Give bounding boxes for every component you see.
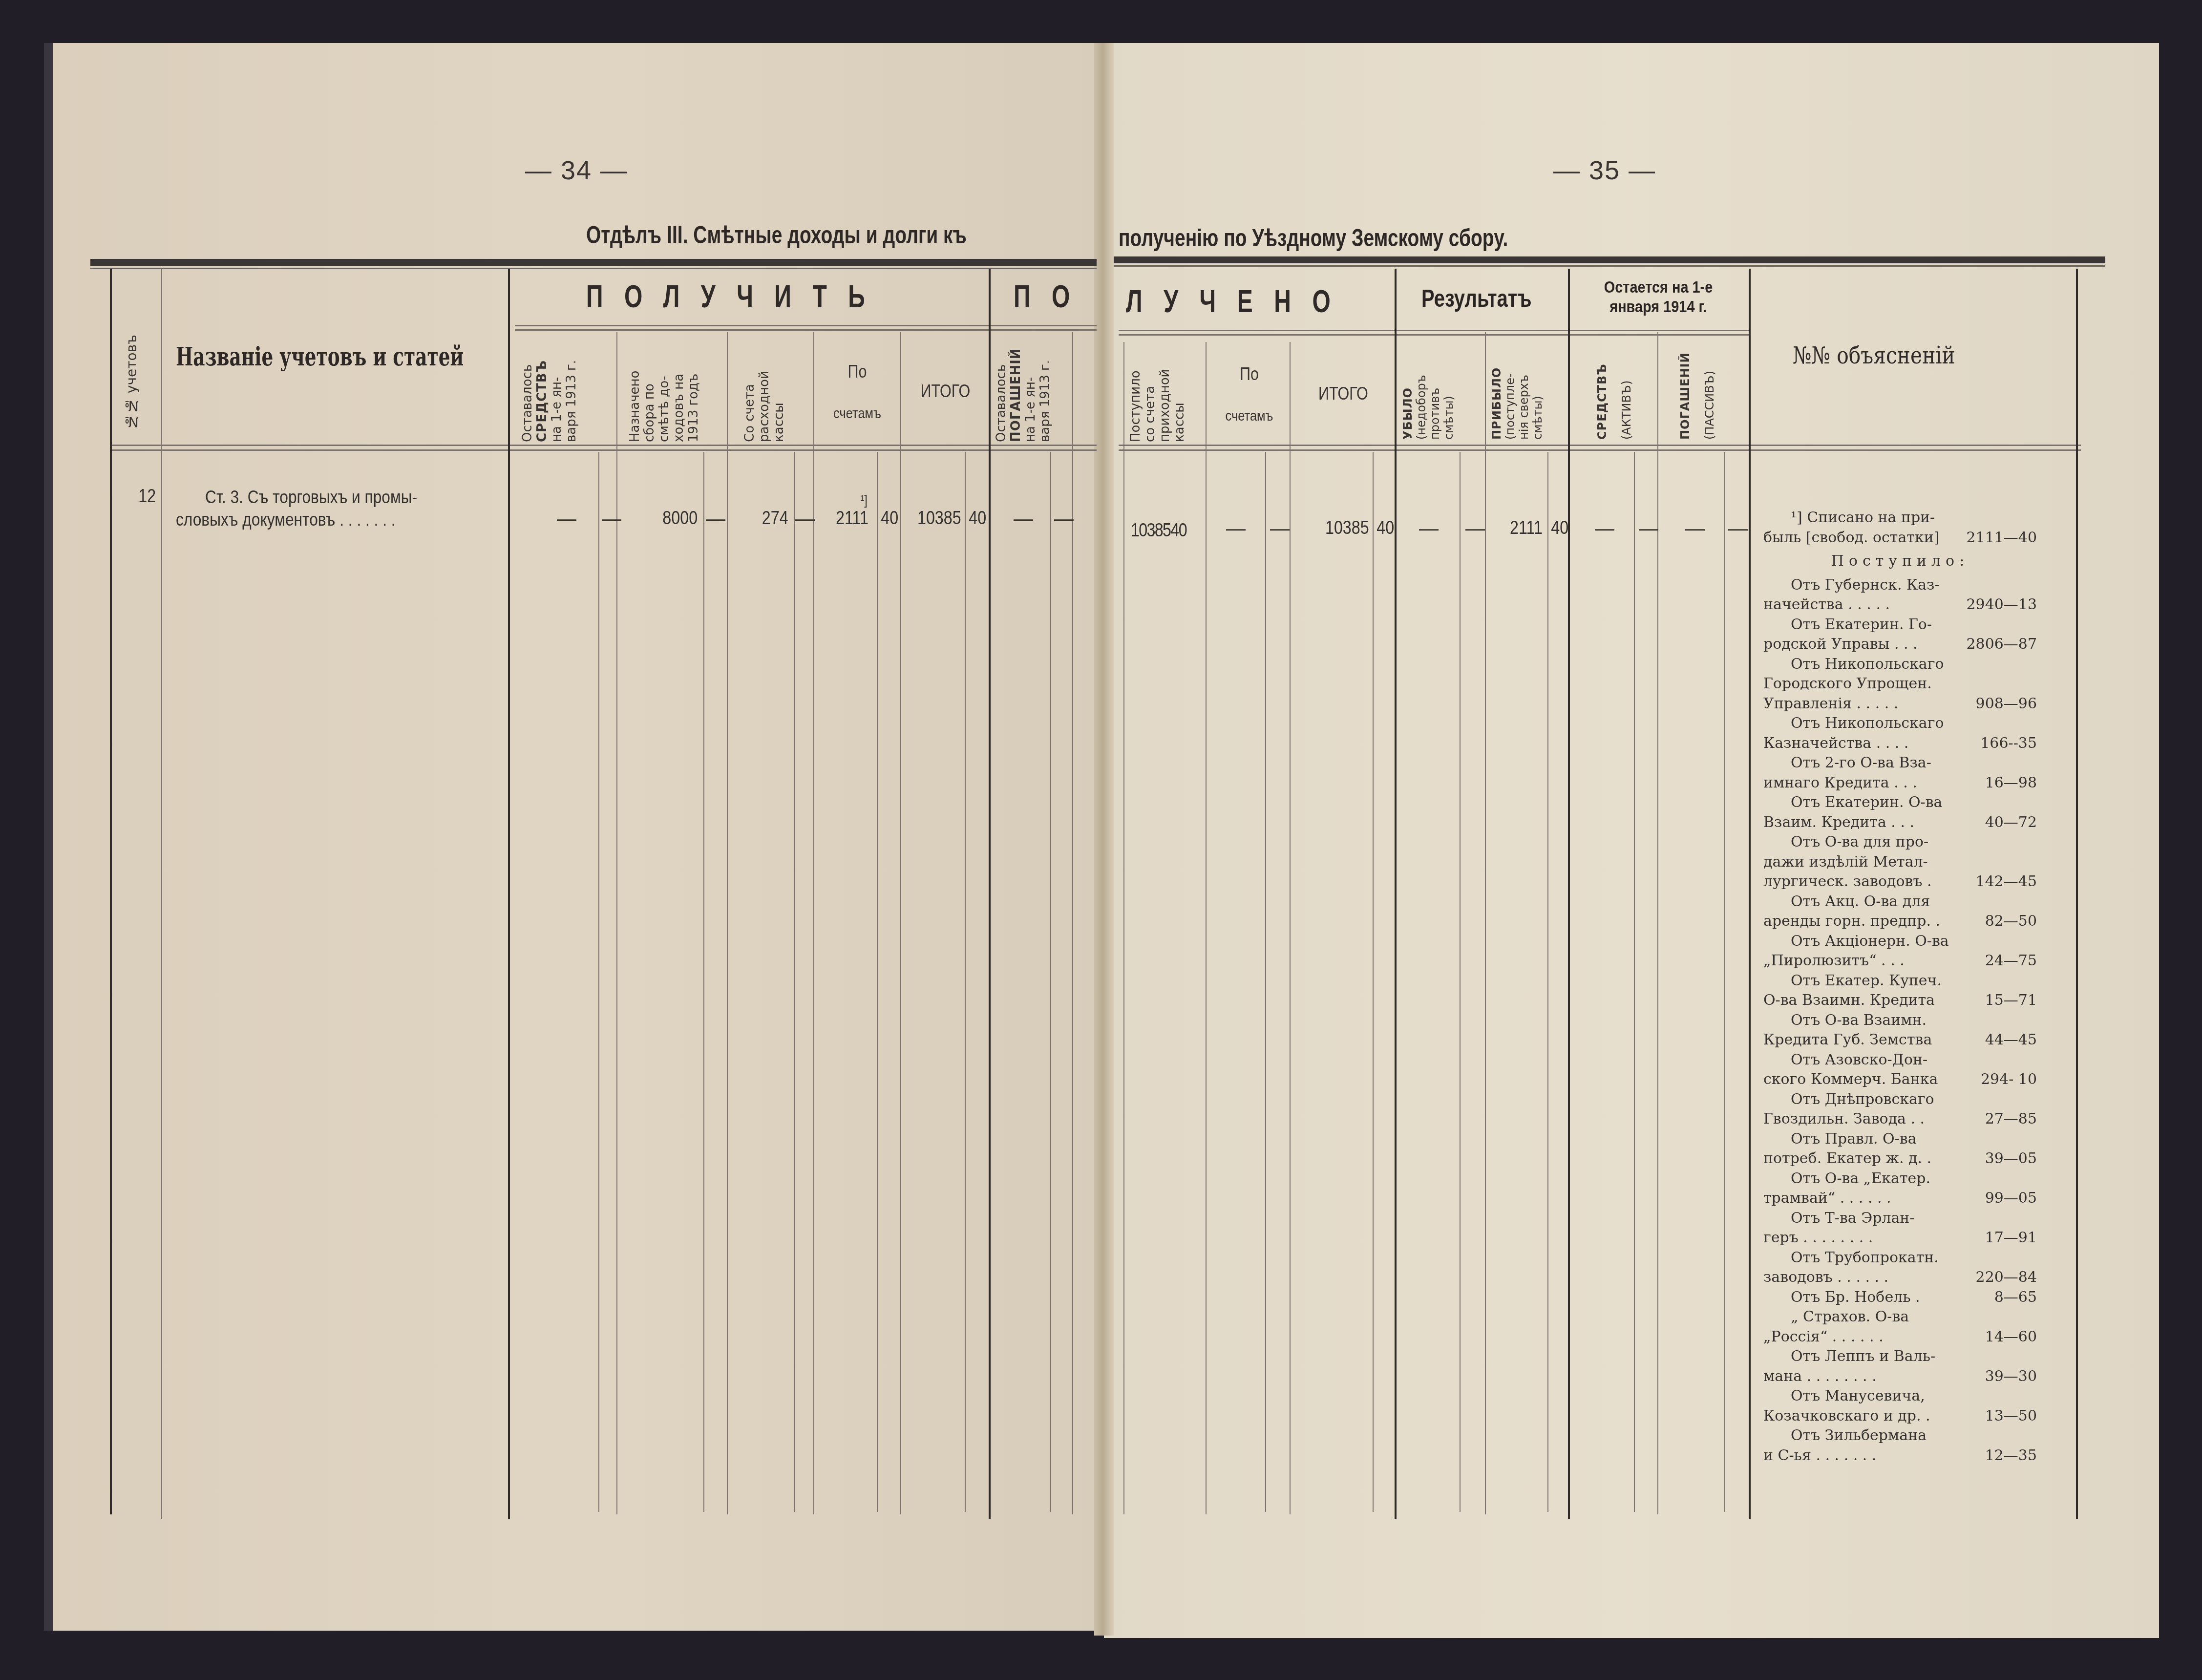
footnote-line2: быль [свобод. остатки]2111—40 xyxy=(1763,528,2037,548)
list-item: Отъ Акціонерн. О-ва„Пиролюзитъ“ . . .24—… xyxy=(1763,932,2037,971)
vline-r-kop1 xyxy=(1265,452,1266,1512)
vline-kop-5 xyxy=(965,452,966,1512)
group-rule-left-2 xyxy=(515,329,1097,331)
page-number-left: — 34 — xyxy=(525,155,628,186)
vline-r1 xyxy=(1206,342,1207,1514)
vline-kop-6 xyxy=(1050,452,1051,1512)
header-pribylo: ПРИБЫЛО(поступле-нія сверхъсмѣты) xyxy=(1490,342,1545,440)
header-so-scheta-rashodnoy: Со счетарасходнойкассы xyxy=(742,352,786,442)
group-rule-left xyxy=(515,325,1097,326)
header-ostavalos-pogasheniy: ОставалосьПОГАШЕНІЙна 1-е ян-варя 1913 г… xyxy=(994,337,1053,442)
list-item: „ Страхов. О-ва„Россія“ . . . . . .14—60 xyxy=(1763,1307,2037,1347)
list-item: Отъ О-ва „Екатер.трамвай“ . . . . . .99—… xyxy=(1763,1169,2037,1209)
cell-po-schetam-kop: 40 xyxy=(881,508,898,529)
row-name-line1: Ст. 3. Съ торговыхъ и промы- xyxy=(205,486,417,509)
left-page xyxy=(44,43,1113,1631)
list-item: Отъ Манусевича,Козачковскаго и др. .13—5… xyxy=(1763,1386,2037,1426)
section-title-left: Отдѣлъ III. Смѣтные доходы и долги къ xyxy=(586,221,967,249)
vline-r-kop3 xyxy=(1460,452,1461,1512)
header-itogo: ИТОГО xyxy=(909,381,982,402)
cell-ostavalos-sredstv-kop: — xyxy=(602,508,621,530)
vline-num-col xyxy=(161,269,162,1519)
row-name-line2: словыхъ документовъ . . . . . . . xyxy=(176,509,396,531)
list-item: Отъ Бр. Нобель .8—65 xyxy=(1763,1288,2037,1308)
cell-ubylo-kop: — xyxy=(1465,518,1485,540)
list-item: Отъ 2-го О-ва Вза-имнаго Кредита . . .16… xyxy=(1763,753,2037,793)
header-rule-left-2 xyxy=(110,449,1097,451)
vline-r6 xyxy=(1657,332,1658,1514)
top-rule-left-thin xyxy=(90,268,1097,269)
cell-ostavalos-sredstv-rub: — xyxy=(557,508,576,530)
vline-kop-3 xyxy=(794,452,795,1512)
explanations-list: ¹] Списано на при- быль [свобод. остатки… xyxy=(1763,508,2037,1466)
header-pol-itogo: ИТОГО xyxy=(1300,383,1387,404)
group-header-poluchit: ПОЛУЧИТЬ xyxy=(586,278,886,315)
vline-table-right-edge xyxy=(2076,269,2078,1519)
footnote-line1: ¹] Списано на при- xyxy=(1763,508,2037,528)
cell-pogash-rub: — xyxy=(1685,518,1705,540)
cell-sredstv-kop: — xyxy=(1639,518,1658,540)
list-item: Отъ НикопольскагоГородского Упрощен.Упра… xyxy=(1763,655,2037,714)
group-header-lucheno: ЛУЧЕНО xyxy=(1126,283,1352,319)
header-po-schetam-top: По xyxy=(822,362,893,382)
cell-sredstv-rub: — xyxy=(1595,518,1614,540)
cell-pol-po-schetam-kop: — xyxy=(1270,518,1290,540)
book-gutter xyxy=(1094,43,1114,1636)
cell-pol-itogo-rub: 10385 xyxy=(1325,518,1369,539)
cell-pogash-kop: — xyxy=(1728,518,1748,540)
header-rule-left xyxy=(110,445,1097,446)
vline-kop-4 xyxy=(877,452,878,1512)
header-pogasheniy-passiv: ПОГАШЕНІЙ(ПАССИВЪ) xyxy=(1673,342,1722,440)
vline-c2 xyxy=(727,332,728,1514)
header-num-col: №№ учетовъ xyxy=(125,293,139,430)
vline-c5 xyxy=(989,269,991,1519)
cell-so-scheta-kop: — xyxy=(795,508,815,530)
vline-r2 xyxy=(1290,342,1291,1514)
vline-c4 xyxy=(900,332,901,1514)
cell-naznacheno-kop: — xyxy=(706,508,725,530)
header-pol-po-schetam-bottom: счетамъ xyxy=(1215,408,1283,425)
vline-table-left-edge xyxy=(110,269,112,1514)
cell-ostavalos-pogash-rub: — xyxy=(1014,508,1033,530)
cell-pol-itogo-kop: 40 xyxy=(1376,518,1394,539)
header-name-col: Названіе учетовъ и статей xyxy=(176,342,464,372)
header-rule-right-2 xyxy=(1119,449,2081,451)
top-rule-right xyxy=(1114,256,2105,263)
header-pol-po-schetam-top: По xyxy=(1215,364,1283,384)
cell-ubylo-rub: — xyxy=(1419,518,1439,540)
list-item: Отъ НикопольскагоКазначейства . . . .166… xyxy=(1763,714,2037,753)
cell-pribylo-rub: 2111 xyxy=(1510,518,1543,539)
cell-itogo-kop: 40 xyxy=(969,508,986,529)
cell-po-schetam-rub: 2111 xyxy=(836,508,868,529)
group-rule-right-2 xyxy=(1119,334,1749,336)
list-item: Отъ Екатер. Купеч.О-ва Взаимн. Кредита15… xyxy=(1763,971,2037,1011)
vline-kop-2 xyxy=(703,452,704,1512)
footnote-marker: ¹] xyxy=(860,492,868,508)
group-header-result: Результатъ xyxy=(1421,284,1532,313)
vline-r-kop5 xyxy=(1634,452,1635,1512)
vline-r3 xyxy=(1395,269,1397,1519)
group-rule-right xyxy=(1119,330,1749,331)
list-item: Отъ Трубопрокатн.заводовъ . . . . . .220… xyxy=(1763,1248,2037,1288)
vline-r5 xyxy=(1568,269,1570,1519)
header-rule-right xyxy=(1119,445,2081,446)
header-ostavalos-sredstv: ОставалосьСРЕДСТВЪна 1-е ян-варя 1913 г. xyxy=(520,337,579,442)
vline-r7 xyxy=(1749,269,1751,1519)
top-rule-left xyxy=(90,259,1097,266)
list-item: Отъ Губернск. Каз-начейства . . . . .294… xyxy=(1763,575,2037,615)
cell-naznacheno-rub: 8000 xyxy=(662,508,698,529)
section-title-right: полученію по Уѣздному Земскому сбору. xyxy=(1119,224,1508,252)
cell-ostavalos-pogash-kop: — xyxy=(1054,508,1074,530)
list-item: Отъ ДнѣпровскагоГвоздильн. Завода . .27—… xyxy=(1763,1090,2037,1129)
vline-r4 xyxy=(1485,332,1486,1514)
vline-r-kop4 xyxy=(1547,452,1548,1512)
explanations-heading: Поступило: xyxy=(1763,552,2037,572)
list-item: Отъ О-ва для про-дажи издѣлій Метал-лург… xyxy=(1763,832,2037,892)
header-naznacheno: Назначеносбора посмѣтѣ до-ходовъ на1913 … xyxy=(628,337,701,442)
cell-pribylo-kop: 40 xyxy=(1551,518,1568,539)
list-item: Отъ Екатерин. Го-родской Управы . . .280… xyxy=(1763,615,2037,655)
vline-kop-1 xyxy=(598,452,599,1512)
cell-postupilo: 1038540 xyxy=(1131,520,1186,541)
list-item: Отъ Акц. О-ва дляаренды горн. предпр. .8… xyxy=(1763,892,2037,932)
list-item: Отъ Леппъ и Валь-мана . . . . . . . .39—… xyxy=(1763,1347,2037,1386)
header-sredstv-aktiv: СРЕДСТВЪ(АКТИВЪ) xyxy=(1590,347,1639,440)
list-item: Отъ Зильберманаи С-ья . . . . . . .12—35 xyxy=(1763,1426,2037,1466)
vline-name-col xyxy=(508,269,510,1519)
vline-r0 xyxy=(1123,342,1124,1514)
page-number-right: — 35 — xyxy=(1553,155,1656,186)
cell-so-scheta-rub: 274 xyxy=(762,508,788,529)
header-po-schetam-bottom: счетамъ xyxy=(822,405,893,422)
group-header-po: ПО xyxy=(1014,278,1091,315)
cell-pol-po-schetam-rub: — xyxy=(1226,518,1246,540)
header-postupilo: Поступилосо счетаприходнойкассы xyxy=(1128,347,1187,442)
list-item: Отъ Т-ва Эрлан-геръ . . . . . . . .17—91 xyxy=(1763,1209,2037,1248)
cell-itogo-rub: 10385 xyxy=(917,508,961,529)
row-num: 12 xyxy=(138,486,156,507)
header-ubylo: УБЫЛО(недоборъпротивъсмѣты) xyxy=(1401,342,1456,440)
list-item: Отъ О-ва Взаимн.Кредита Губ. Земства44—4… xyxy=(1763,1011,2037,1050)
header-explanations: №№ объясненій xyxy=(1793,342,1955,369)
list-item: Отъ Азовско-Дон-ского Коммерч. Банка294-… xyxy=(1763,1050,2037,1090)
top-rule-right-thin xyxy=(1114,265,2105,267)
list-item: Отъ Екатерин. О-ваВзаим. Кредита . . .40… xyxy=(1763,793,2037,832)
vline-r-kop6 xyxy=(1724,452,1725,1512)
list-item: Отъ Правл. О-вапотреб. Екатер ж. д. .39—… xyxy=(1763,1129,2037,1169)
vline-r-kop2 xyxy=(1373,452,1374,1512)
group-header-remaining: Остается на 1-еянваря 1914 г. xyxy=(1588,277,1729,317)
